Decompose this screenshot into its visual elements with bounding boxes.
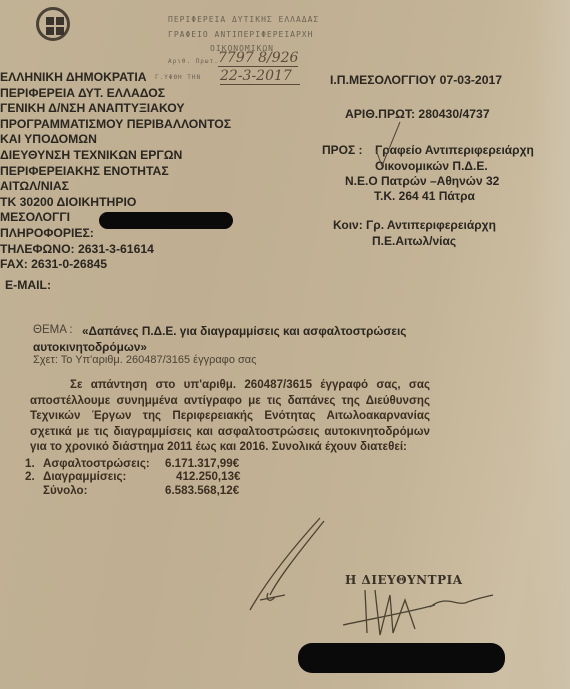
- subject-label: ΘΕΜΑ :: [33, 324, 73, 336]
- total-amount: 6.583.568,12€: [165, 484, 239, 497]
- protocol-number: ΑΡΙΘ.ΠΡΩΤ: 280430/4737: [345, 107, 490, 123]
- item-asphalt-label: Ασφαλτοστρώσεις:: [43, 457, 150, 470]
- cc-line-1: Κοιν: Γρ. Αντιπεριφερειάρχη: [333, 218, 496, 232]
- stamp-protocol-number: 7797 8/926: [218, 50, 298, 67]
- total-label: Σύνολο:: [43, 484, 87, 497]
- checkmark-annotation-icon: [372, 120, 402, 170]
- item-asphalt-amount: 6.171.317,99€: [165, 457, 239, 470]
- greek-emblem-icon: [36, 7, 70, 41]
- stamp-date: 22-3-2017: [220, 68, 300, 85]
- item-markings-amount: 412.250,13€: [176, 470, 240, 483]
- subject-reference: Σχετ: Το Υπ'αριθμ. 260487/3165 έγγραφο σ…: [33, 354, 256, 366]
- email-label: E-MAIL:: [5, 278, 51, 294]
- recipient-block: ΠΡΟΣ :: [322, 143, 363, 159]
- cc-line-2: Π.Ε.Αιτωλ/νίας: [372, 234, 456, 248]
- item-markings-label: Διαγραμμίσεις:: [43, 470, 126, 483]
- redaction-contact-name: [99, 212, 233, 229]
- sender-block: ΕΛΛΗΝΙΚΗ ΔΗΜΟΚΡΑΤΙΑ ΠΕΡΙΦΕΡΕΙΑ ΔΥΤ. ΕΛΛΑ…: [0, 70, 231, 273]
- initials-signature-icon: [240, 515, 340, 625]
- body-paragraph: Σε απάντηση στο υπ'αριθμ. 260487/3615 έγ…: [30, 377, 430, 455]
- recipient-label: ΠΡΟΣ :: [322, 143, 363, 157]
- subject-line-1: «Δαπάνες Π.Δ.Ε. για διαγραμμίσεις και ασ…: [82, 324, 406, 338]
- place-date: Ι.Π.ΜΕΣΟΛΟΓΓΙΟΥ 07-03-2017: [330, 73, 502, 89]
- subject-line-2: αυτοκινητοδρόμων»: [33, 340, 147, 354]
- director-signature-icon: [335, 585, 495, 645]
- scanned-letter: ΠΕΡΙΦΕΡΕΙΑ ΔΥΤΙΚΗΣ ΕΛΛΑΔΑΣ ΓΡΑΦΕΙΟ ΑΝΤΙΠ…: [0, 0, 570, 689]
- redaction-signatory-name: [298, 643, 505, 673]
